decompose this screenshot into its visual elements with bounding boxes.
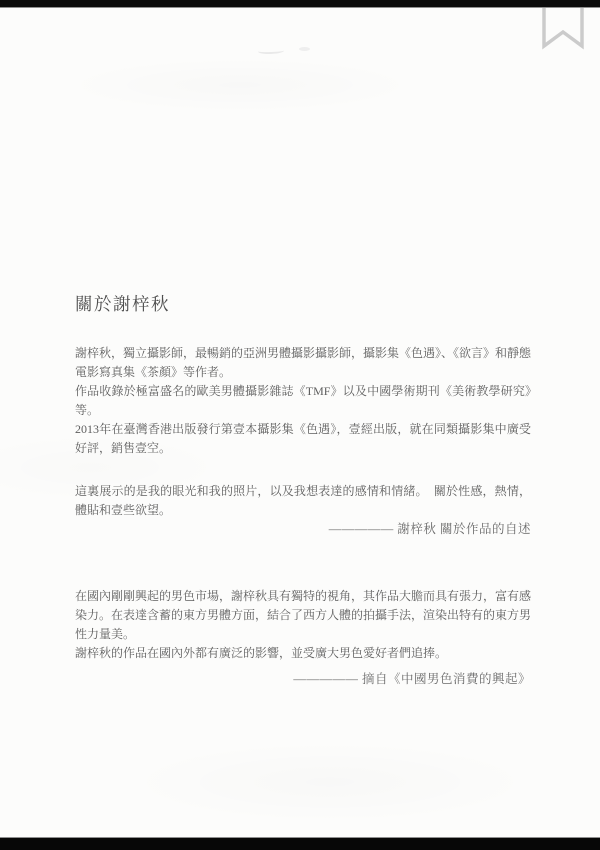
page-bleedthrough-mark bbox=[258, 48, 284, 55]
page-bleedthrough-mark bbox=[299, 47, 310, 51]
bio-paragraph-block: 謝梓秋，獨立攝影師，最暢銷的亞洲男體攝影攝影師，攝影集《色遇》、《欲言》和靜態電… bbox=[75, 344, 531, 458]
page-title: 關於謝梓秋 bbox=[75, 291, 531, 316]
artist-statement-block: 這裏展示的是我的眼光和我的照片，以及我想表達的感情和情緒。 關於性感，熱情，體貼… bbox=[75, 482, 531, 520]
bookmark-icon[interactable] bbox=[542, 7, 584, 50]
paragraph: 謝梓秋的作品在國內外都有廣泛的影響，並受廣大男色愛好者們追捧。 bbox=[75, 644, 531, 663]
book-page: 關於謝梓秋 謝梓秋，獨立攝影師，最暢銷的亞洲男體攝影攝影師，攝影集《色遇》、《欲… bbox=[0, 0, 600, 850]
paragraph: 這裏展示的是我的眼光和我的照片，以及我想表達的感情和情緒。 關於性感，熱情，體貼… bbox=[75, 482, 531, 520]
critic-review-block: 在國內剛剛興起的男色市場，謝梓秋具有獨特的視角，其作品大膽而具有張力，富有感染力… bbox=[75, 587, 531, 663]
paragraph: 2013年在臺灣香港出版發行第壹本攝影集《色遇》，壹經出版，就在同類攝影集中廣受… bbox=[75, 420, 531, 458]
attribution-artist-statement: ————— 謝梓秋 關於作品的自述 bbox=[75, 520, 531, 539]
paragraph: 謝梓秋，獨立攝影師，最暢銷的亞洲男體攝影攝影師，攝影集《色遇》、《欲言》和靜態電… bbox=[75, 344, 531, 382]
attribution-review-source: ————— 摘自《中國男色消費的興起》 bbox=[75, 670, 531, 689]
paragraph: 作品收錄於極富盛名的歐美男體攝影雜誌《TMF》以及中國學術期刊《美術教學研究》等… bbox=[75, 382, 531, 420]
bookmark-ribbon-path bbox=[544, 7, 582, 46]
letterbox-bottom-bar bbox=[0, 837, 600, 850]
paragraph: 在國內剛剛興起的男色市場，謝梓秋具有獨特的視角，其作品大膽而具有張力，富有感染力… bbox=[75, 587, 531, 644]
letterbox-top-bar bbox=[0, 0, 600, 8]
